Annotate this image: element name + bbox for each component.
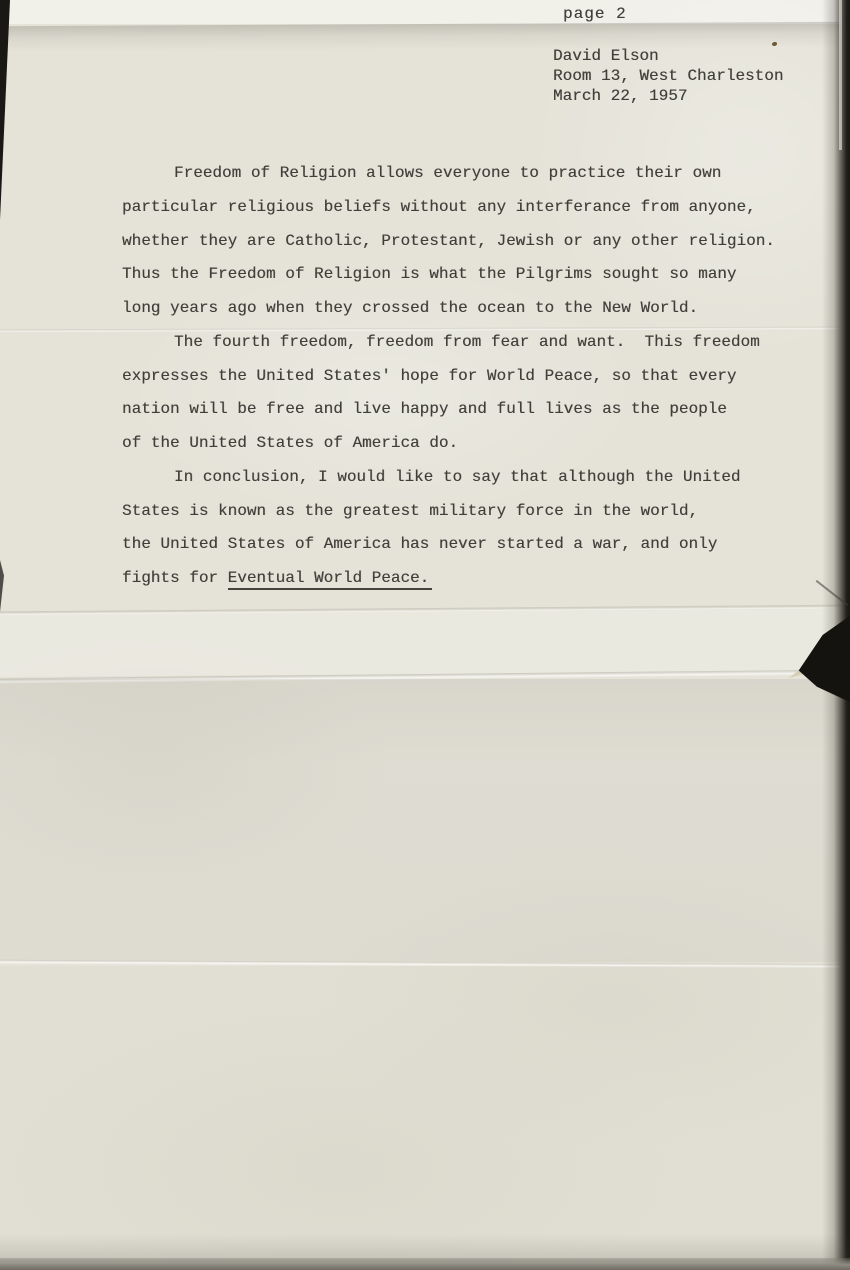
body-line-text: Freedom of Religion allows everyone to p…	[174, 164, 721, 182]
body-line-text: whether they are Catholic, Protestant, J…	[122, 232, 775, 250]
body-line-text: Thus the Freedom of Religion is what the…	[122, 265, 737, 283]
body-line-text: The fourth freedom, freedom from fear an…	[174, 333, 760, 351]
body-line: the United States of America has never s…	[122, 528, 822, 562]
body-line: expresses the United States' hope for Wo…	[122, 360, 822, 394]
body-line-text: particular religious beliefs without any…	[122, 198, 756, 216]
author-address: Room 13, West Charleston	[553, 66, 783, 86]
scanned-document-photo: page 2 David Elson Room 13, West Charles…	[0, 0, 850, 1270]
letter-body: Freedom of Religion allows everyone to p…	[122, 157, 822, 596]
body-line: fights for Eventual World Peace.	[122, 562, 822, 596]
body-line-text: In conclusion, I would like to say that …	[174, 468, 741, 486]
body-line-text: expresses the United States' hope for Wo…	[122, 367, 737, 385]
body-line: The fourth freedom, freedom from fear an…	[122, 326, 822, 360]
underlined-phrase: Eventual World Peace.	[228, 569, 433, 590]
body-line: particular religious beliefs without any…	[122, 191, 822, 225]
author-name: David Elson	[553, 46, 783, 66]
body-line-text: long years ago when they crossed the oce…	[122, 299, 698, 317]
paper-light-band	[0, 609, 850, 677]
body-line: Freedom of Religion allows everyone to p…	[122, 157, 822, 191]
body-line-text: the United States of America has never s…	[122, 535, 717, 553]
body-line-text: fights for	[122, 569, 228, 587]
body-line: whether they are Catholic, Protestant, J…	[122, 225, 822, 259]
body-line: nation will be free and live happy and f…	[122, 393, 822, 427]
paper-edge-highlight	[839, 0, 842, 150]
body-line: Thus the Freedom of Religion is what the…	[122, 258, 822, 292]
scan-edge-bottom	[0, 1258, 850, 1270]
body-line-text: nation will be free and live happy and f…	[122, 400, 727, 418]
body-line: States is known as the greatest military…	[122, 495, 822, 529]
paper-bottom-band	[0, 966, 850, 1270]
letter-date: March 22, 1957	[553, 86, 783, 106]
body-line: In conclusion, I would like to say that …	[122, 461, 822, 495]
body-line-text: States is known as the greatest military…	[122, 502, 698, 520]
page-number: page 2	[563, 4, 627, 24]
body-line: of the United States of America do.	[122, 427, 822, 461]
paper-sheet: page 2 David Elson Room 13, West Charles…	[0, 0, 850, 1270]
paper-dark-band	[0, 679, 850, 962]
letter-header: David Elson Room 13, West Charleston Mar…	[553, 46, 783, 106]
paper-top-strip	[0, 0, 850, 24]
body-line-text: of the United States of America do.	[122, 434, 458, 452]
body-line: long years ago when they crossed the oce…	[122, 292, 822, 326]
